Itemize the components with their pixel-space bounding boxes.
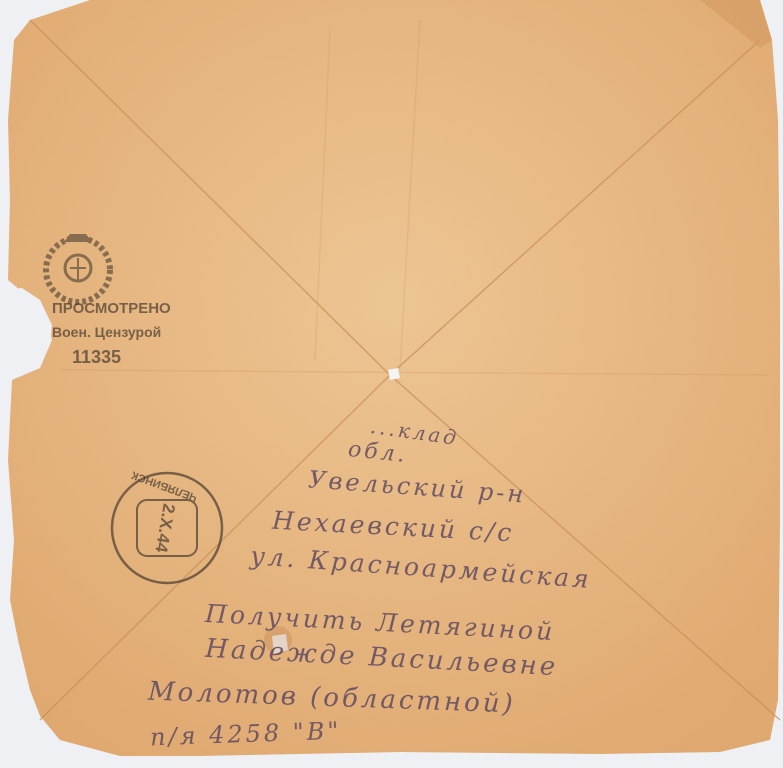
center-hole [388,368,400,380]
censor-stamp-number: 11335 [72,347,121,368]
censor-stamp-line2: Воен. Цензурой [52,324,161,340]
censor-stamp-line1: ПРОСМОТРЕНО [52,300,171,317]
